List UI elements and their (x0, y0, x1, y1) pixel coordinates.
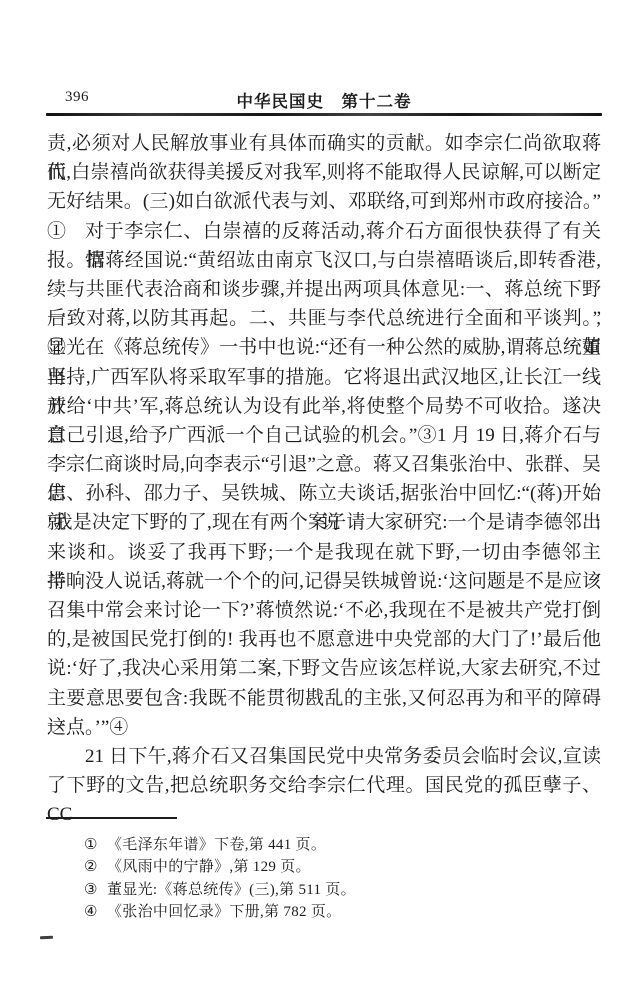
footnote-text: 《张治中回忆录》下册,第 782 页。 (107, 904, 341, 920)
text-line: 一致对蒋,以防其再起。二、共匪与李代总统进行全面和平谈判。”②董 (47, 304, 601, 333)
body-text: 责,必须对人民解放事业有具体而确实的贡献。如李宗仁尚欲取蒋而代,白崇禧尚欲获得美… (47, 129, 601, 800)
text-line: 李宗仁商谈时局,向李表示“引退”之意。蒋又召集张治中、张群、吴忠 (47, 450, 601, 479)
footnote-divider (46, 817, 177, 819)
footnote-marker: ② (84, 856, 107, 878)
text-line: 显光在《蒋总统传》一书中也说:“还有一种公然的威胁,谓蒋总统如再 (47, 333, 601, 362)
footnote-item: ①《毛泽东年谱》下卷,第 441 页。 (47, 834, 601, 856)
footnote-marker: ③ (84, 879, 107, 901)
book-title: 中华民国史 第十二卷 (47, 88, 601, 112)
text-line: 报。据蒋经国说:“黄绍竑由南京飞汉口,与白崇禧晤谈后,即转香港, (47, 246, 601, 275)
text-line: 放给‘中共’军,蒋总统认为设有此举,将使整个局势不可收拾。遂决意 (47, 392, 601, 421)
footnote-item: ③董显光:《蒋总统传》(三),第 511 页。 (47, 879, 601, 901)
footnote-text: 《毛泽东年谱》下卷,第 441 页。 (107, 837, 326, 853)
text-line: 来谈和。谈妥了我再下野;一个是我现在就下野,一切由李德邻主持。’ (47, 538, 601, 567)
footnote-marker: ④ (84, 901, 107, 923)
footnote-marker: ① (84, 834, 107, 856)
text-line: 责,必须对人民解放事业有具体而确实的贡献。如李宗仁尚欲取蒋而 (47, 129, 601, 158)
text-line: 一点。’”④ (47, 713, 601, 742)
footnote-item: ④《张治中回忆录》下册,第 782 页。 (47, 901, 601, 923)
footnote-text: 《风雨中的宁静》,第 129 页。 (107, 859, 311, 875)
footnotes: ①《毛泽东年谱》下卷,第 441 页。②《风雨中的宁静》,第 129 页。③董显… (47, 834, 601, 924)
text-line: ‘我是决定下野的了,现在有两个案子请大家研究:一个是请李德邻出 (47, 508, 601, 537)
text-line: 自己引退,给予广西派一个自己试验的机会。”③1 月 19 日,蒋介石与 (47, 421, 601, 450)
header-rule (46, 113, 602, 116)
text-line: 召集中常会来讨论一下?’蒋愤然说:‘不必,我现在不是被共产党打倒 (47, 596, 601, 625)
text-line: 信、孙科、邵力子、吴铁城、陈立夫谈话,据张治中回忆:“(蒋)开始就说: (47, 479, 601, 508)
footnote-item: ②《风雨中的宁静》,第 129 页。 (47, 856, 601, 878)
text-line: 无好结果。(三)如白欲派代表与刘、邓联络,可到郑州市政府接洽。”① (47, 187, 601, 216)
book-page: 396 中华民国史 第十二卷 责,必须对人民解放事业有具体而确实的贡献。如李宗仁… (0, 0, 644, 1000)
text-line: 21 日下午,蒋介石又召集国民党中央常务委员会临时会议,宣读 (47, 742, 601, 771)
text-line: 代,白崇禧尚欲获得美援反对我军,则将不能取得人民谅解,可以断定 (47, 158, 601, 187)
footnote-text: 董显光:《蒋总统传》(三),第 511 页。 (107, 882, 356, 898)
scan-speck-artifact (40, 936, 53, 939)
text-line: 坚持,广西军队将采取军事的措施。它将退出武汉地区,让长江一线开 (47, 363, 601, 392)
text-line: 续与共匪代表洽商和谈步骤,并提出两项具体意见:一、蒋总统下野后, (47, 275, 601, 304)
text-line: 对于李宗仁、白崇禧的反蒋活动,蒋介石方面很快获得了有关情 (47, 217, 601, 246)
text-line: 了下野的文告,把总统职务交给李宗仁代理。国民党的孤臣孽子、CC (47, 771, 601, 800)
running-head: 396 中华民国史 第十二卷 (47, 88, 601, 110)
text-line: 主要意思要包含:我既不能贯彻戡乱的主张,又何忍再为和平的障碍这 (47, 684, 601, 713)
text-line: 的,是被国民党打倒的! 我再也不愿意进中央党部的大门了!’最后他 (47, 625, 601, 654)
text-line: 半晌没人说话,蒋就一个个的问,记得吴铁城曾说:‘这问题是不是应该 (47, 567, 601, 596)
text-line: 说:‘好了,我决心采用第二案,下野文告应该怎样说,大家去研究,不过 (47, 654, 601, 683)
